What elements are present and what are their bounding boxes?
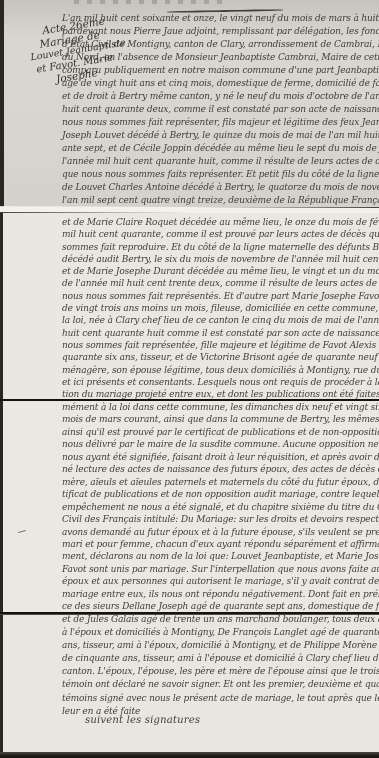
text-line: à l'époux et domiciliés à Montigny, De F… [62,627,379,640]
text-line: tificat de publications et de non opposi… [62,489,379,501]
text-line: mil huit cent quarante, comme il est pro… [62,229,379,241]
text-line: sommes fait reproduire. Et du côté de la… [62,242,379,254]
text-line: empêchement ne nous a été signalé, et du… [62,502,379,514]
scan-strip-2: et de Marie Claire Roquet décédée au mêm… [3,213,379,399]
scan-seam-line [0,399,379,401]
act-paragraph-3: mément à la loi dans cette commune, les … [62,402,379,612]
act-paragraph-1: L'an mil huit cent soixante et onze, le … [62,13,379,207]
text-line: la loi, née à Clary chef lieu de ce cant… [62,315,379,327]
text-line: tion du mariage projeté entre eux, et do… [62,389,379,399]
text-line: et de Marie Josephe Durant décédée au mê… [62,266,379,278]
closing-line: suivent les signatures [85,715,200,726]
text-line: huit cent quarante huit comme il est con… [62,328,379,340]
text-line: ante sept, et de Cécile Joppin décédée a… [62,143,379,156]
text-line: nous nous sommes fait représenter, fils … [62,117,379,130]
text-line: que nous nous sommes faits représenter. … [62,169,379,182]
act-paragraph-2: et de Marie Claire Roquet décédée au mêm… [62,217,379,399]
text-line: pardevant nous Pierre Jaue adjoint, remp… [62,26,379,39]
previous-act-remnant [74,0,224,4]
text-line: mément à la loi dans cette commune, les … [62,402,379,414]
text-line: d'État Civil de Montigny, canton de Clar… [62,39,379,52]
margin-mark [18,530,26,533]
text-line: ainsi qu'il est prouvé par le certificat… [62,427,379,439]
text-line: et de Jules Galais agé de trente un ans … [62,615,379,627]
text-line: ans, tisseur, ami à l'époux, domicilié à… [62,640,379,653]
text-line: né lecture des actes de naissance des fu… [62,464,379,476]
text-line: nous sommes fait représentée, fille maje… [62,340,379,352]
text-line: Civil des Français intitulé: Du Mariage:… [62,514,379,526]
page-bottom-edge [0,752,379,758]
text-line: agé de vingt huit ans et cinq mois, dome… [62,78,379,91]
text-line: avons demandé au futur époux et à la fut… [62,527,379,539]
scan-strip-4: et de Jules Galais agé de trente un ans … [3,615,379,752]
scanned-register-page: Acte 26èmeMariage deLouvet Jeanbaptistee… [0,0,379,758]
text-line: mois de mars courant, ainsi que dans la … [62,414,379,426]
text-line: comparu publiquement en notre maison com… [62,65,379,78]
text-line: mère, aïeuls et aïeules paternels et mat… [62,477,379,489]
text-line: et ici présents et consentants. Lesquels… [62,377,379,389]
text-line: ment, déclarons au nom de la loi que: Lo… [62,551,379,563]
text-line: Joseph Louvet décédé à Bertry, le quinze… [62,130,379,143]
text-line: ce des sieurs Dellane Joseph agé de quar… [62,601,379,612]
text-line: de cinquante ans, tisseur, ami à l'épous… [62,653,379,666]
text-line: nous ayant été signifiée, faisant droit … [62,452,379,464]
text-line: mariage entre eux, ils nous ont répondu … [62,589,379,601]
text-line: l'an mil sept cent quatre vingt treize, … [62,195,379,207]
text-line: de vingt trois ans moins un mois, fileus… [62,303,379,315]
scan-strip-1: Acte 26èmeMariage deLouvet Jeanbaptistee… [4,0,379,207]
text-line: Favot sont unis par mariage. Sur l'inter… [62,564,379,576]
act-paragraph-4: et de Jules Galais agé de trente un ans … [62,615,379,719]
text-line: canton. L'époux, l'épouse, les père et m… [62,666,379,679]
text-line: l'année mil huit cent quarante huit, com… [62,156,379,169]
text-line: et de Marie Claire Roquet décédée au mêm… [62,217,379,229]
text-line: ménagère, son épouse légitime, tous deux… [62,365,379,377]
scan-seam-line [0,612,379,615]
text-line: du Nord, en l'absence de Monsieur Jeanba… [62,52,379,65]
text-line: témoin ont déclaré ne savoir signer. Et … [62,679,379,692]
text-line: témoins signé avec nous le présent acte … [62,693,379,706]
scan-strip-3: mément à la loi dans cette commune, les … [3,401,379,612]
text-line: quarante six ans, tisseur, et de Victori… [62,352,379,364]
text-line: nous délivré par le maire de la susdite … [62,439,379,451]
text-line: époux et aux personnes qui autorisent le… [62,576,379,588]
text-line: mari et pour femme, chacun d'eux ayant r… [62,539,379,551]
text-line: huit cent quarante deux, comme il est co… [62,104,379,117]
text-line: L'an mil huit cent soixante et onze, le … [62,13,379,26]
text-line: de Louvet Charles Antoine décédé à Bertr… [62,182,379,195]
text-line: nous nous sommes fait représentés. Et d'… [62,291,379,303]
text-line: décédé audit Bertry, le six du mois de n… [62,254,379,266]
text-line: de l'année mil huit cent trente deux, co… [62,278,379,290]
text-line: et de droit à Bertry même canton, y né l… [62,91,379,104]
